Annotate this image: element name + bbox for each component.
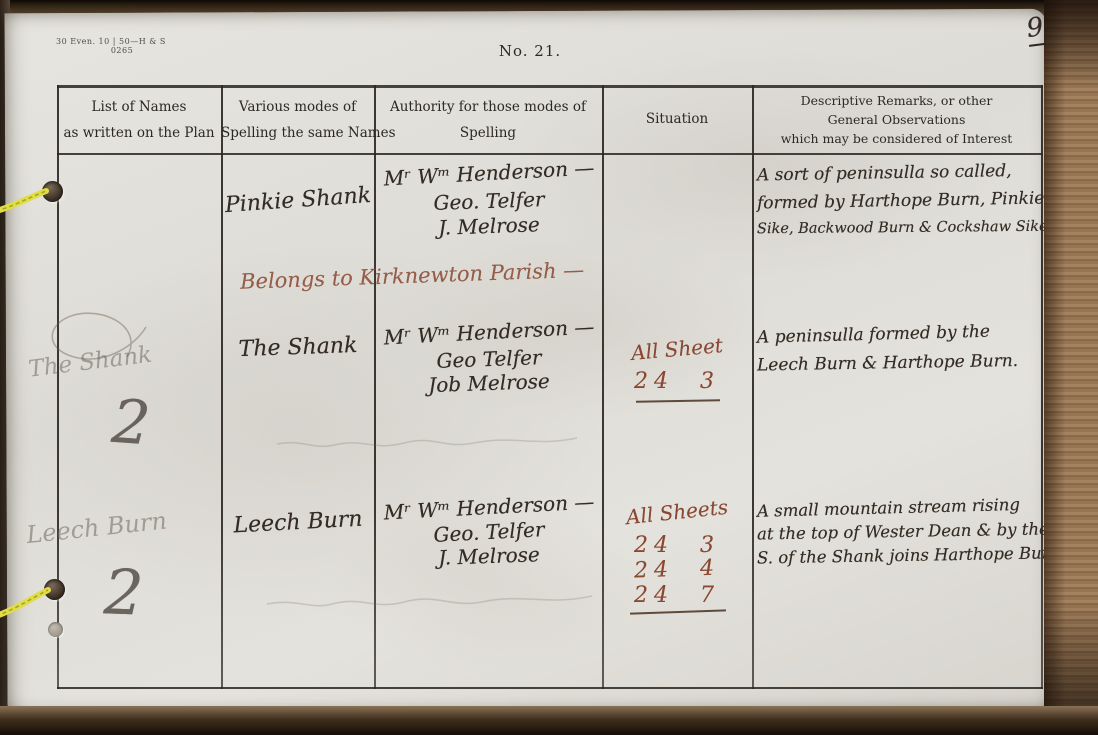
punch-hole-empty — [48, 622, 63, 637]
entry2-spelling: The Shank — [223, 332, 374, 362]
table-border-bottom — [57, 687, 1043, 689]
printer-stamp: 30 Even. 10 | 50—H & S 0265 — [56, 37, 188, 55]
header-authority-line2: Spelling — [374, 125, 602, 141]
entry1-remarks-line3: Sike, Backwood Burn & Cockshaw Sike — — [757, 219, 1043, 237]
form-number: No. 21. — [465, 42, 595, 60]
entry2-tally-mark: 2 — [110, 387, 153, 459]
header-remarks-line2: General Observations — [752, 112, 1041, 127]
header-spelling-line2: Spelling the same Names — [221, 125, 374, 141]
binding-cord-bottom — [0, 580, 60, 624]
folio-number-value: 9 — [1025, 12, 1045, 47]
header-names-line1: List of Names — [57, 99, 221, 115]
header-names-line2: as written on the Plan — [57, 125, 221, 141]
name-book-photo: 30 Even. 10 | 50—H & S 0265 No. 21. 9 Li… — [0, 0, 1098, 735]
header-remarks-line3: which may be considered of Interest — [752, 131, 1041, 146]
faint-pencil-note — [262, 578, 602, 620]
entry3-tally-mark: 2 — [103, 555, 145, 629]
entry3-situation-sheet-3: 24 7 — [607, 583, 747, 608]
table-header-rule — [57, 153, 1043, 155]
faint-pencil-note — [272, 420, 592, 460]
header-situation: Situation — [602, 111, 752, 127]
book-page-stack-edge — [1044, 0, 1098, 735]
pencil-flourish — [32, 305, 162, 365]
column-rule-3 — [602, 85, 604, 689]
entry3-situation-sheet-2: 24 4 — [607, 555, 748, 585]
header-remarks-line1: Descriptive Remarks, or other — [752, 93, 1041, 108]
table-border-top — [57, 85, 1043, 88]
column-rule-1 — [221, 85, 223, 689]
book-cover-bottom-edge — [0, 706, 1098, 735]
column-rule-4 — [752, 85, 754, 689]
binding-cord-top — [0, 178, 58, 220]
printer-stamp-line2: 0265 — [56, 46, 188, 55]
header-authority-line1: Authority for those modes of — [374, 99, 602, 115]
header-spelling-line1: Various modes of — [221, 99, 374, 115]
printer-stamp-line1: 30 Even. 10 | 50—H & S — [56, 37, 188, 46]
entry2-situation-sheet-1: 24 3 — [607, 369, 747, 394]
